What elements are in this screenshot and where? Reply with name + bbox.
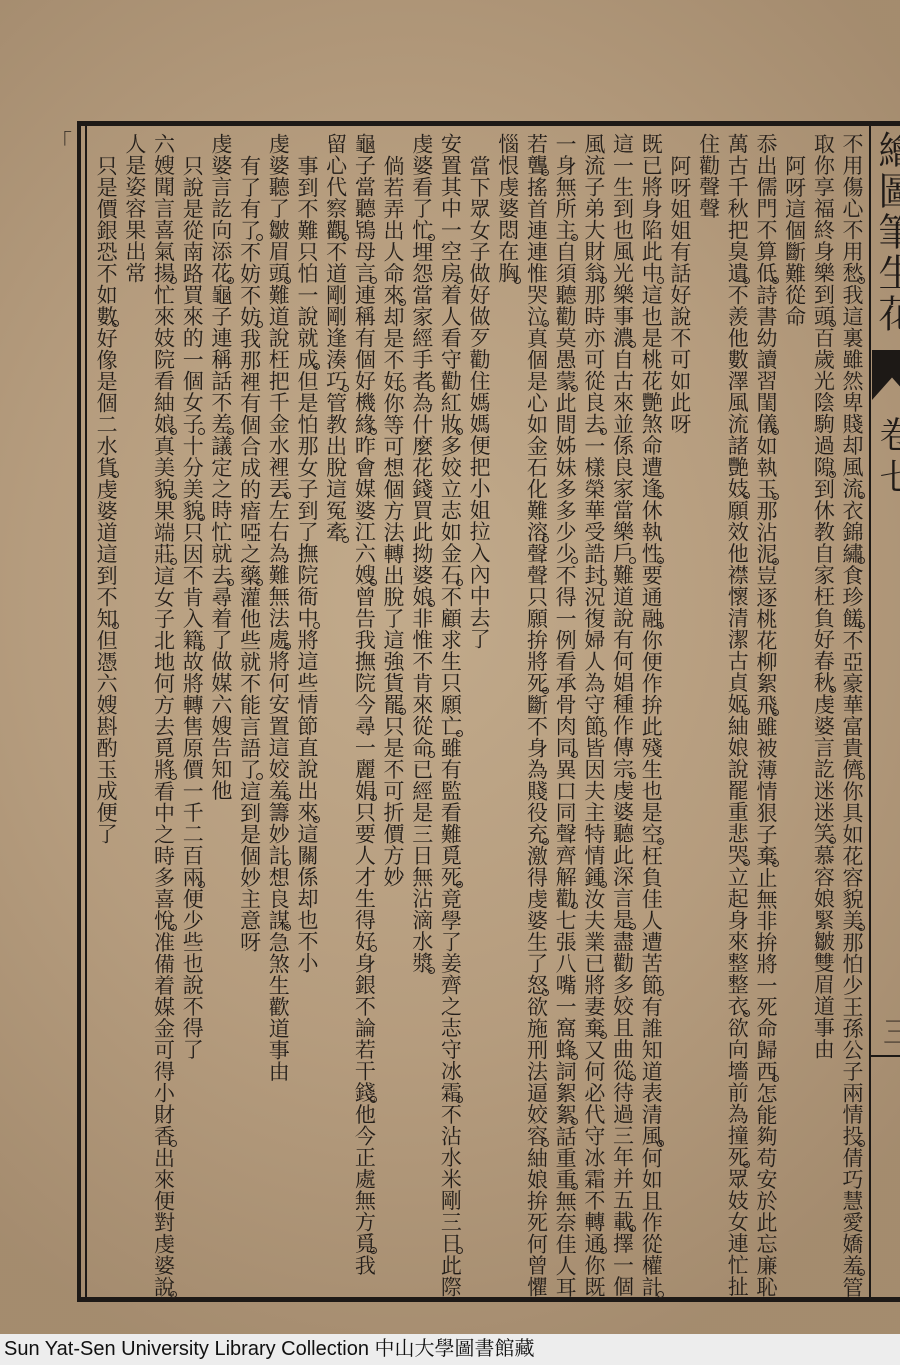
dialogue-column: 倘若弄出人命來。却是不好。你等可想個方法轉出脫了這強貨罷。只是不可折價方妙 <box>378 133 407 888</box>
scanned-page: 「 繪圖筆生花 卷七 三 不用傷心不用愁。我這裏雖然卑賤却風流。衣錦繡。食珍饈。… <box>0 0 900 1334</box>
dialogue-column: 只說是從南路買來的一個女子。十分美貌。只因不肯入籍。故將轉售原價一千二百兩。便少… <box>178 133 207 1060</box>
margin-bracket-mark: 「 <box>50 126 72 157</box>
dialogue-column: 阿呀姐姐有話好說不可如此呀 <box>665 133 694 435</box>
text-column: 這一生到也風光樂事濃。自古來並係良家當樂戶。難道說有何娼種作傳宗。虔婆聽此深言是… <box>608 133 637 1297</box>
text-column: 住勸聲聲 <box>694 133 723 219</box>
text-column: 虔婆言訖向添花。龜子連稱話不差。議定之時忙就去。尋着了做媒六嫂告知他 <box>206 133 235 801</box>
text-column: 六嫂聞言喜氣揚。忙來妓院看紬娘。真美貌。果端莊。這女子北地何方去覓將。看中之時多… <box>149 133 178 1298</box>
banxin-bottom-rule <box>869 1055 900 1057</box>
text-column: 人是姿容果出常 <box>120 133 149 284</box>
text-column: 不用傷心不用愁。我這裏雖然卑賤却風流。衣錦繡。食珍饈。不亞豪華富貴儕。你具如花容… <box>837 133 866 1298</box>
dialogue-column: 有了有了。不妨不妨。我那裡有個合成的瘖啞之藥。灌他些就不能言語了。這到是個妙主意… <box>235 133 264 953</box>
text-column: 萬古千秋把臭遺。不羨他數澤風流諸艷妓。願效他襟懷清潔古貞姬。紬娘說罷重悲哭。立起… <box>723 133 752 1297</box>
dialogue-column: 阿呀這個斷難從命 <box>780 133 809 327</box>
collection-credit: Sun Yat-Sen University Library Collectio… <box>0 1334 900 1365</box>
text-column: 一身無所主。自須聽勸莫愚蒙。此間姊妹多多少少。不得一例看承骨肉同。異口同聲齊解勸… <box>550 133 579 1298</box>
text-column: 忝出儒門不算低。詩書幼讀習閨儀。如執玉。那沾泥。豈逐桃花柳絮飛。雖被薄情狠子棄。… <box>751 133 780 1298</box>
dialogue-column: 只是價銀恐不如數。好像是個二水貨。虔婆道這到不知。但憑六嫂斟酌玉成便了 <box>91 133 120 845</box>
text-column: 龜子當聽鴇母言。連稱有個好機緣。昨會媒婆江六嫂。曾告我撫院今尋一麗娟。只要人才生… <box>350 133 379 1276</box>
dialogue-column: 事到不難只怕一說就成。但是怕那女子到了撫院衙中。將這些情節直說出來。這關係却也不… <box>292 133 321 974</box>
text-column: 惱恨虔婆悶在胸。 <box>493 133 522 284</box>
border-top <box>77 121 900 126</box>
text-column: 虔婆聽了皺眉頭。難道說枉把千金水裡丟。左右為難無法處。將何安置這姣羞。籌妙計。想… <box>264 133 293 1082</box>
text-column: 留心代察觀。不道剛剛逢湊巧。管教出脫這冤牽。 <box>321 133 350 543</box>
volume-label: 卷七 <box>871 416 900 500</box>
text-column: 風流子弟大財翁。那時亦可從良去。一樣榮華受誥封。況復婦人為守節。皆因夫主特情鍾。… <box>579 133 608 1298</box>
page-number: 三 <box>871 1016 900 1046</box>
text-column: 安置其中一空房。着人看守勸紅妝。多姣立志如金石。不顧求生只願亡。雖有監看難覓死。… <box>436 133 465 1298</box>
border-left-inner <box>85 125 87 1297</box>
fish-tail-ornament-icon <box>872 350 900 400</box>
text-column: 取你享福終身樂到頭。百歲光陰駒過隙。到休教自家枉負好春秋。虔婆言訖迷迷笑。慕容娘… <box>809 133 838 1060</box>
text-body: 不用傷心不用愁。我這裏雖然卑賤却風流。衣錦繡。食珍饈。不亞豪華富貴儕。你具如花容… <box>91 133 866 1295</box>
text-column: 虔婆看了忙。埋怨當家經手者。為什麼花錢買此拗婆娘。非惟不肯來從命。已經是三日無沾… <box>407 133 436 974</box>
text-column: 若聾。搖首連連惟哭泣。真個是心如金石化難溶。聲聲只願拚將死。斷不身為賤役充。激得… <box>522 133 551 1298</box>
border-bottom <box>77 1297 900 1302</box>
text-column: 既已將身陷此中。這也是桃花艷煞命遭逢。休執性。要通融。你便作拚此殘生也是空。枉負… <box>637 133 666 1298</box>
dialogue-column: 當下眾女子做好做歹勸住媽媽便把小姐拉入內中去了 <box>464 133 493 650</box>
book-title: 繪圖筆生花 <box>871 130 900 335</box>
border-left-outer <box>77 121 81 1302</box>
